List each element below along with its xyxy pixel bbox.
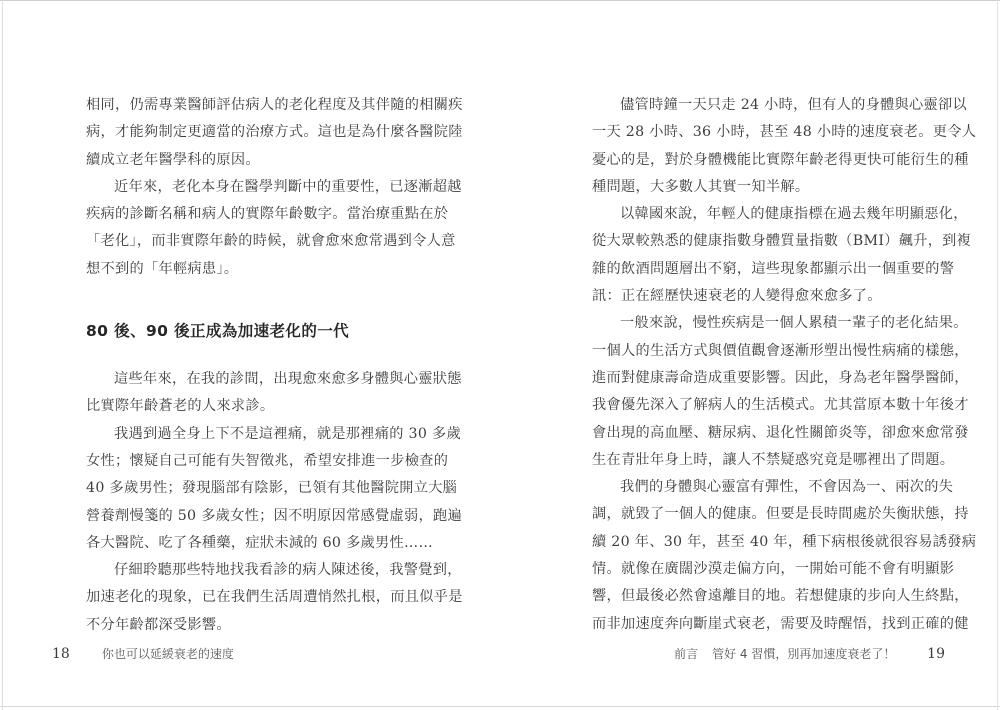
body-line: 營養劑慢箋的 50 多歲女性；因不明原因常感覺虛弱，跑遍 <box>86 503 432 530</box>
page-frame-bottom <box>0 706 1000 707</box>
body-line: 而非加速度奔向斷崖式衰老，需要及時醒悟，找到正確的健 <box>592 611 938 638</box>
body-line: 以韓國來說，年輕人的健康指標在過去幾年明顯惡化， <box>592 201 938 228</box>
running-head: 前言管好 4 習慣，別再加速度衰老了！ <box>674 647 899 661</box>
body-line: 比實際年齡蒼老的人來求診。 <box>86 393 432 420</box>
section-label: 前言 <box>674 647 698 661</box>
body-line: 「老化」，而非實際年齡的時候，就會愈來愈常遇到令人意 <box>86 228 432 255</box>
body-line: 一天 28 小時、36 小時，甚至 48 小時的速度衰老。更令人 <box>592 119 938 146</box>
left-page-footer: 18 你也可以延緩衰老的速度 <box>52 645 234 662</box>
body-line: 訊：正在經歷快速衰老的人變得愈來愈多了。 <box>592 283 938 310</box>
body-line: 各大醫院、吃了各種藥，症狀未減的 60 多歲男性…… <box>86 530 432 557</box>
body-line: 續成立老年醫學科的原因。 <box>86 147 432 174</box>
body-line: 這些年來，在我的診間，出現愈來愈多身體與心靈狀態 <box>86 366 432 393</box>
body-line: 種問題，大多數人其實一知半解。 <box>592 174 938 201</box>
body-line: 進而對健康壽命造成重要影響。因此，身為老年醫學醫師， <box>592 365 938 392</box>
body-line: 我們的身體與心靈富有彈性，不會因為一、兩次的失 <box>592 474 938 501</box>
chapter-title: 管好 4 習慣，別再加速度衰老了！ <box>712 647 895 661</box>
right-page-footer: 前言管好 4 習慣，別再加速度衰老了！ 19 <box>674 645 945 662</box>
body-line: 續 20 年、30 年，甚至 40 年，種下病根後就很容易誘發病 <box>592 529 938 556</box>
body-line: 不分年齡都深受影響。 <box>86 612 432 639</box>
body-line: 一般來說，慢性疾病是一個人累積一輩子的老化結果。 <box>592 310 938 337</box>
body-line: 一個人的生活方式與價值觀會逐漸形塑出慢性病痛的樣態， <box>592 338 938 365</box>
body-line: 我遇到過全身上下不是這裡痛，就是那裡痛的 30 多歲 <box>86 421 432 448</box>
running-head: 你也可以延緩衰老的速度 <box>102 647 234 661</box>
body-line: 女性；懷疑自己可能有失智徵兆，希望安排進一步檢查的 <box>86 448 432 475</box>
body-line: 加速老化的現象，已在我們生活周遭悄然扎根，而且似乎是 <box>86 584 432 611</box>
body-line: 生在青壯年身上時，讓人不禁疑惑究竟是哪裡出了問題。 <box>592 447 938 474</box>
body-line: 憂心的是，對於身體機能比實際年齡老得更快可能衍生的種 <box>592 147 938 174</box>
page-number: 19 <box>927 646 945 662</box>
left-page-body: 相同，仍需專業醫師評估病人的老化程度及其伴隨的相關疾 病，才能夠制定更適當的治療… <box>86 92 432 639</box>
right-page-body: 儘管時鐘一天只走 24 小時，但有人的身體與心靈卻以 一天 28 小時、36 小… <box>592 92 938 638</box>
body-line: 40 多歲男性；發現腦部有陰影，已領有其他醫院開立大腦 <box>86 475 432 502</box>
page-number: 18 <box>52 646 70 662</box>
right-page: 儘管時鐘一天只走 24 小時，但有人的身體與心靈卻以 一天 28 小時、36 小… <box>500 0 1000 700</box>
body-line: 調，就毀了一個人的健康。但要是長時間處於失衡狀態，持 <box>592 501 938 528</box>
body-line: 相同，仍需專業醫師評估病人的老化程度及其伴隨的相關疾 <box>86 92 432 119</box>
body-line: 響，但最後必然會遠離目的地。若想健康的步向人生終點， <box>592 583 938 610</box>
section-heading: 80 後、90 後正成為加速老化的一代 <box>86 316 432 346</box>
body-line: 會出現的高血壓、糖尿病、退化性關節炎等，卻愈來愈常發 <box>592 420 938 447</box>
body-line: 病，才能夠制定更適當的治療方式。這也是為什麼各醫院陸 <box>86 119 432 146</box>
spacer <box>86 346 432 366</box>
body-line: 情。就像在廣闊沙漠走偏方向，一開始可能不會有明顯影 <box>592 556 938 583</box>
body-line: 儘管時鐘一天只走 24 小時，但有人的身體與心靈卻以 <box>592 92 938 119</box>
body-line: 我會優先深入了解病人的生活模式。尤其當原本數十年後才 <box>592 392 938 419</box>
body-line: 雜的飲酒問題層出不窮，這些現象都顯示出一個重要的警 <box>592 256 938 283</box>
spacer <box>86 283 432 316</box>
body-line: 近年來，老化本身在醫學判斷中的重要性，已逐漸超越 <box>86 174 432 201</box>
body-line: 想不到的「年輕病患」。 <box>86 256 432 283</box>
left-page: 相同，仍需專業醫師評估病人的老化程度及其伴隨的相關疾 病，才能夠制定更適當的治療… <box>0 0 500 700</box>
body-line: 仔細聆聽那些特地找我看診的病人陳述後，我警覺到， <box>86 557 432 584</box>
body-line: 從大眾較熟悉的健康指數身體質量指數（BMI）飆升，到複 <box>592 228 938 255</box>
body-line: 疾病的診斷名稱和病人的實際年齡數字。當治療重點在於 <box>86 201 432 228</box>
